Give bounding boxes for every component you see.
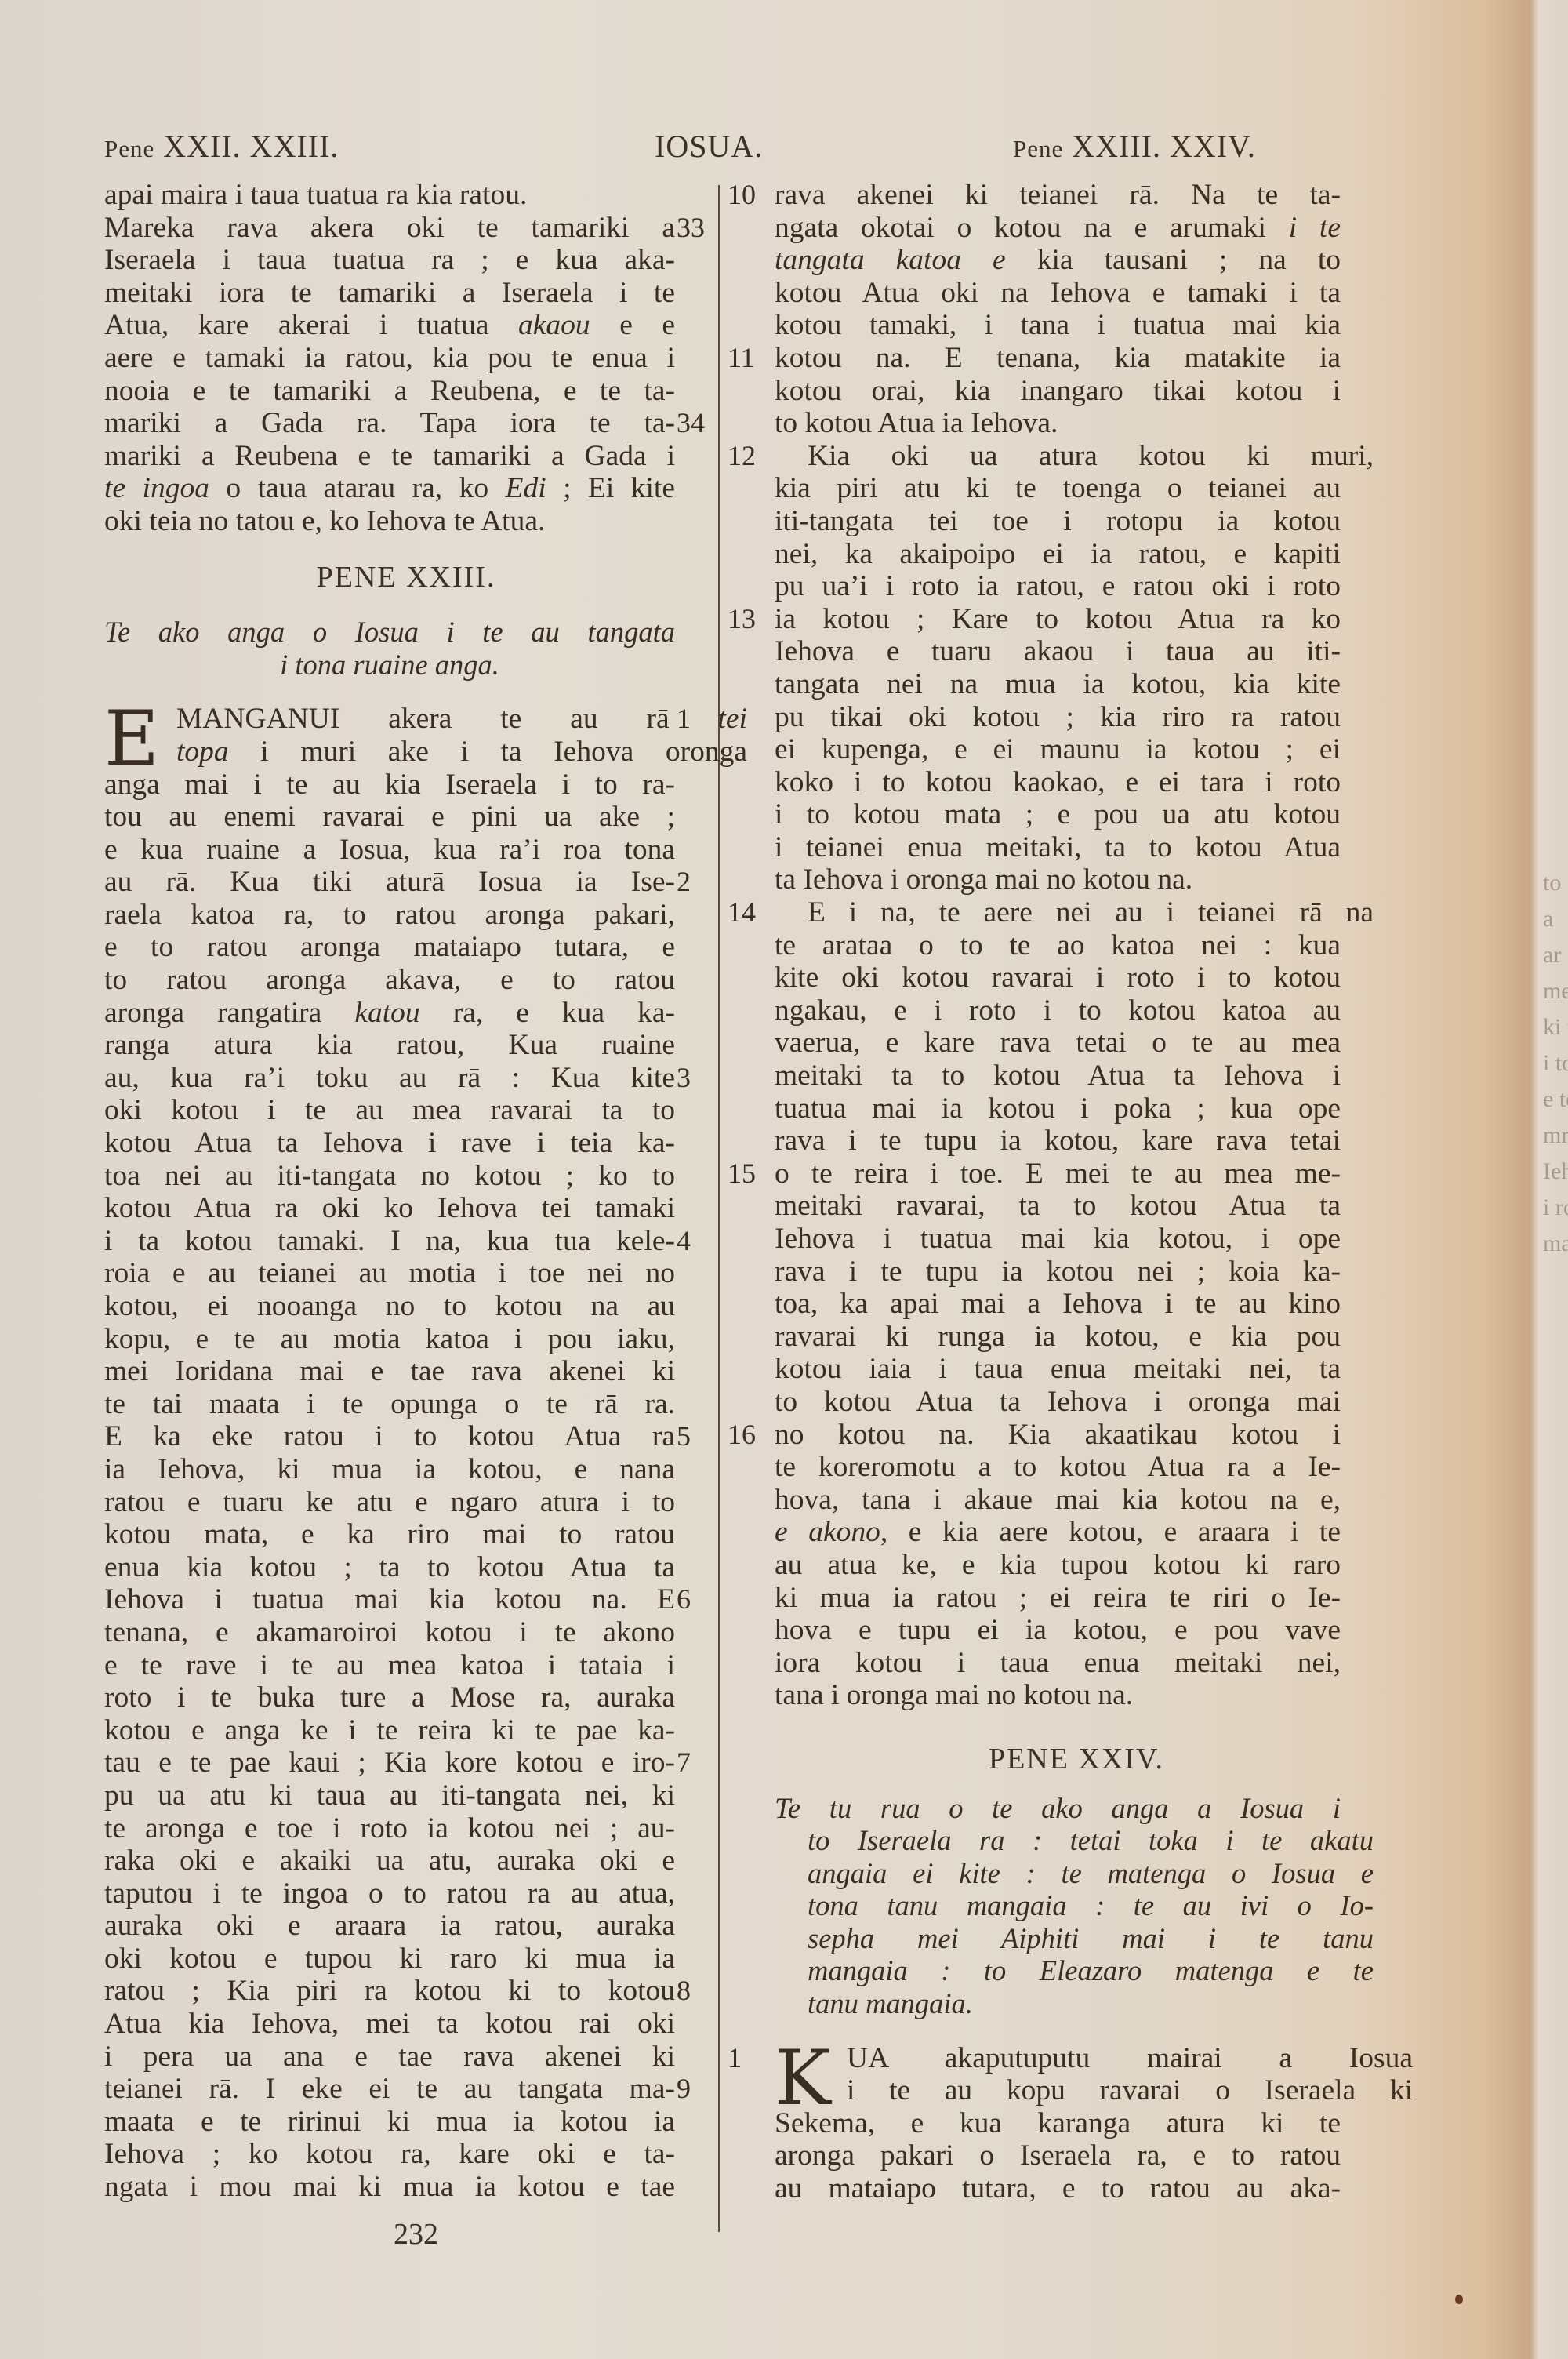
text-line: no kotou na. Kia akaatikau kotou i16 xyxy=(775,1419,1341,1452)
text-line: i teianei enua meitaki, ta to kotou Atua xyxy=(775,831,1341,864)
text-line: raka oki e akaiki ua atu, auraka oki e xyxy=(104,1845,675,1877)
text-line: mei Ioridana mai e tae rava akenei ki xyxy=(104,1355,675,1388)
page-number: 232 xyxy=(394,2217,438,2252)
chapter-body: KUA akaputuputu mairai a Iosua1i te au k… xyxy=(775,2042,1378,2205)
text-line: taputou i te ingoa o to ratou ra au atua… xyxy=(104,1877,675,1910)
line-text: Atua, kare akerai i tuatua xyxy=(104,309,518,341)
left-column: apai maira i taua tuatua ra kia ratou.Ma… xyxy=(104,179,708,2204)
text-line: kotou Atua oki na Iehova e tamaki i ta xyxy=(775,277,1341,310)
line-text: roto i te buka ture a Mose ra, auraka xyxy=(104,1681,675,1714)
line-text: koko i to kotou kaokao, e ei tara i roto xyxy=(775,766,1341,798)
italic-text: katou xyxy=(354,997,419,1029)
line-text: hova, tana i akaue mai kia kotou na e, xyxy=(775,1484,1341,1516)
text-line: nei, ka akaipoipo ei ia ratou, e kapiti xyxy=(775,538,1341,571)
summary-line: Te ako anga o Iosua i te au tangata xyxy=(104,616,675,649)
line-text: Iehova i tuatua mai kia kotou na. E xyxy=(104,1583,675,1616)
column-divider xyxy=(718,185,720,2232)
text-line: Iehova i tuatua mai kia kotou na. E6 xyxy=(104,1583,675,1616)
text-line: meitaki ta to kotou Atua ta Iehova i xyxy=(775,1060,1341,1092)
italic-text: tangata katoa e xyxy=(775,244,1006,276)
line-text: e kua ruaine a Iosua, kua ra’i roa tona xyxy=(104,834,675,866)
text-line: rava i te tupu ia kotou, kare rava tetai xyxy=(775,1125,1341,1158)
text-line: mariki a Gada ra. Tapa iora te ta-34 xyxy=(104,407,675,440)
text-line: pu tikai oki kotou ; kia riro ra ratou xyxy=(775,701,1341,734)
italic-text: te ingoa xyxy=(104,472,209,504)
line-text: kotou, ei nooanga no to kotou na au xyxy=(104,1290,675,1322)
line-text: nooia e te tamariki a Reubena, e te ta- xyxy=(104,375,675,407)
line-text: Atua kia Iehova, mei ta kotou rai oki xyxy=(104,2008,675,2040)
verse-number: 3 xyxy=(677,1062,724,1095)
text-line: oki teia no tatou e, ko Iehova te Atua. xyxy=(104,505,675,538)
verse-number: 11 xyxy=(728,342,767,375)
line-text: oki teia no tatou e, ko Iehova te Atua. xyxy=(104,505,545,537)
next-page-edge: toaarmeki ti toe temraIehovi rotomaira xyxy=(1529,0,1568,2359)
text-line: topa i muri ake i ta Iehova oronga xyxy=(104,736,747,769)
text-line: Sekema, e kua karanga atura ki te xyxy=(775,2107,1341,2140)
text-line: tuatua mai ia kotou i poka ; kua ope xyxy=(775,1092,1341,1125)
text-line: Iehova ; ko kotou ra, kare oki e ta- xyxy=(104,2138,675,2171)
line-text: o te reira i toe. E mei te au mea me- xyxy=(775,1158,1341,1190)
chapter-summary: Te tu rua o te ako anga a Iosua ito Iser… xyxy=(775,1792,1378,2020)
line-text: au, kua ra’i toku au rā : Kua kite xyxy=(104,1062,675,1094)
text-line: au, kua ra’i toku au rā : Kua kite3 xyxy=(104,1062,675,1095)
text-line: e akono, e kia aere kotou, e araara i te xyxy=(775,1516,1341,1549)
text-line: tenana, e akamaroiroi kotou i te akono xyxy=(104,1616,675,1649)
line-text: au mataiapo tutara, e to ratou au aka- xyxy=(775,2172,1341,2205)
verse-number: 13 xyxy=(728,603,767,636)
verse-number: 4 xyxy=(677,1225,724,1258)
line-text: anga mai i te au kia Iseraela i to ra- xyxy=(104,769,675,801)
line-text: auraka oki e araara ia ratou, auraka xyxy=(104,1910,675,1942)
text-line: maata e te ririnui ki mua ia kotou ia xyxy=(104,2106,675,2139)
text-line: kia piri atu ki te toenga o teianei au xyxy=(775,472,1341,505)
text-line: to ratou aronga akava, e to ratou xyxy=(104,964,675,997)
summary-line: mangaia : to Eleazaro matenga e te xyxy=(775,1954,1374,1987)
line-text: e e xyxy=(590,309,675,341)
text-line: te koreromotu a to kotou Atua ra a Ie- xyxy=(775,1451,1341,1484)
line-text: hova e tupu ei ia kotou, e pou vave xyxy=(775,1614,1341,1646)
summary-line: angaia ei kite : te matenga o Iosua e xyxy=(775,1857,1374,1890)
text-line: roia e au teianei au motia i toe nei no xyxy=(104,1257,675,1290)
text-line: kotou tamaki, i tana i tuatua mai kia xyxy=(775,309,1341,342)
text-line: te tai maata i te opunga o te rā ra. xyxy=(104,1388,675,1421)
text-line: au atua ke, e kia tupou kotou ki raro xyxy=(775,1549,1341,1582)
text-line: kotou Atua ta Iehova i rave i teia ka- xyxy=(104,1127,675,1160)
verse-number: 15 xyxy=(728,1158,767,1190)
text-line: i to kotou mata ; e pou ua atu kotou xyxy=(775,798,1341,831)
verse-number: 6 xyxy=(677,1583,724,1616)
next-page-text-fragment: e te xyxy=(1543,1083,1566,1116)
book-page: Pene XXII. XXIII. IOSUA. Pene XXIII. XXI… xyxy=(0,0,1529,2359)
next-page-text-fragment: i roto xyxy=(1543,1191,1566,1224)
text-line: e te rave i te au mea katoa i tataia i xyxy=(104,1649,675,1682)
text-line: kotou, ei nooanga no to kotou na au xyxy=(104,1290,675,1323)
text-line: tana i oronga mai no kotou na. xyxy=(775,1679,1341,1712)
text-line: koko i to kotou kaokao, e ei tara i roto xyxy=(775,766,1341,799)
line-text: tuatua mai ia kotou i poka ; kua ope xyxy=(775,1092,1341,1125)
line-text: kotou orai, kia inangaro tikai kotou i xyxy=(775,375,1341,407)
text-line: kopu, e te au motia katoa i pou iaku, xyxy=(104,1323,675,1356)
italic-text: topa xyxy=(176,736,229,768)
chapter-summary: Te ako anga o Iosua i te au tangatai ton… xyxy=(104,616,708,681)
text-line: aere e tamaki ia ratou, kia pou te enua … xyxy=(104,342,675,375)
verse-number: 7 xyxy=(677,1747,724,1779)
text-line: kotou mata, e ka riro mai to ratou xyxy=(104,1518,675,1551)
line-text: meitaki ravarai, ta to kotou Atua ta xyxy=(775,1190,1341,1222)
line-text: aronga rangatira xyxy=(104,997,354,1029)
line-text: apai maira i taua tuatua ra kia ratou. xyxy=(104,179,527,211)
line-text: tangata nei na mua ia kotou, kia kite xyxy=(775,668,1341,700)
line-text: kite oki kotou ravarai i roto i to kotou xyxy=(775,961,1341,994)
text-line: kotou orai, kia inangaro tikai kotou i xyxy=(775,375,1341,408)
line-text: roia e au teianei au motia i toe nei no xyxy=(104,1257,675,1289)
line-text: tau e te pae kaui ; Kia kore kotou e iro… xyxy=(104,1747,675,1779)
line-text: e to ratou aronga mataiapo tutara, e xyxy=(104,931,675,963)
text-line: oki kotou i te au mea ravarai ta to xyxy=(104,1094,675,1127)
text-line: raela katoa ra, to ratou aronga pakari, xyxy=(104,899,675,932)
line-text: ratou ; Kia piri ra kotou ki to kotou xyxy=(104,1975,675,2007)
text-line: roto i te buka ture a Mose ra, auraka xyxy=(104,1681,675,1714)
summary-line: Te tu rua o te ako anga a Iosua i xyxy=(775,1792,1341,1825)
text-line: hova, tana i akaue mai kia kotou na e, xyxy=(775,1484,1341,1517)
text-line: ei kupenga, e ei maunu ia kotou ; ei xyxy=(775,733,1341,766)
line-text: kotou Atua ra oki ko Iehova tei tamaki xyxy=(104,1192,675,1224)
text-line: Mareka rava akera oki te tamariki a33 xyxy=(104,212,675,245)
text-line: e to ratou aronga mataiapo tutara, e xyxy=(104,931,675,964)
line-text: kotou na. E tenana, kia matakite ia xyxy=(775,342,1341,374)
line-text: Mareka rava akera oki te tamariki a xyxy=(104,212,675,244)
next-page-text-fragment: ar xyxy=(1543,939,1566,972)
text-line: aronga pakari o Iseraela ra, e to ratou xyxy=(775,2139,1341,2172)
line-text: rava akenei ki teianei rā. Na te ta- xyxy=(775,179,1341,211)
line-text: tou au enemi ravarai e pini ua ake ; xyxy=(104,801,675,833)
line-text: raka oki e akaiki ua atu, auraka oki e xyxy=(104,1845,675,1877)
text-line: UA akaputuputu mairai a Iosua1 xyxy=(775,2042,1413,2075)
line-text: oki kotou i te au mea ravarai ta to xyxy=(104,1094,675,1126)
verse-number: 8 xyxy=(677,1975,724,2008)
text-line: nooia e te tamariki a Reubena, e te ta- xyxy=(104,375,675,408)
text-line: ravarai ki runga ia kotou, e kia pou xyxy=(775,1321,1341,1354)
line-text: ; Ei kite xyxy=(546,472,675,504)
text-line: anga mai i te au kia Iseraela i to ra- xyxy=(104,769,675,801)
text-line: auraka oki e araara ia ratou, auraka xyxy=(104,1910,675,1943)
line-text: i te au kopu ravarai o Iseraela ki xyxy=(847,2074,1413,2106)
next-page-text-fragment: to xyxy=(1543,867,1566,900)
next-page-text-fragment: i to xyxy=(1543,1047,1566,1080)
spacer xyxy=(775,2020,1378,2042)
line-text: vaerua, e kare rava tetai o te au mea xyxy=(775,1027,1341,1059)
line-text: kotou tamaki, i tana i tuatua mai kia xyxy=(775,309,1341,341)
line-text: toa, ka apai mai a Iehova i te au kino xyxy=(775,1288,1341,1320)
text-line: kotou na. E tenana, kia matakite ia11 xyxy=(775,342,1341,375)
text-line: teianei rā. I eke ei te au tangata ma-9 xyxy=(104,2073,675,2106)
line-text: i muri ake i ta Iehova oronga xyxy=(229,736,747,768)
line-text: mariki a Reubena e te tamariki a Gada i xyxy=(104,440,675,472)
line-text: au atua ke, e kia tupou kotou ki raro xyxy=(775,1549,1341,1581)
text-line: apai maira i taua tuatua ra kia ratou. xyxy=(104,179,675,212)
text-line: hova e tupu ei ia kotou, e pou vave xyxy=(775,1614,1341,1647)
line-text: ngata okotai o kotou na e arumaki xyxy=(775,212,1289,244)
text-line: enua kia kotou ; ta to kotou Atua ta xyxy=(104,1551,675,1584)
line-text: kotou Atua ta Iehova i rave i teia ka- xyxy=(104,1127,675,1159)
summary-line: i tona ruaine anga. xyxy=(104,649,675,682)
text-line: meitaki ravarai, ta to kotou Atua ta xyxy=(775,1190,1341,1223)
line-text: ei kupenga, e ei maunu ia kotou ; ei xyxy=(775,733,1341,765)
line-text: ia Iehova, ki mua ia kotou, e nana xyxy=(104,1453,675,1485)
text-line: o te reira i toe. E mei te au mea me-15 xyxy=(775,1158,1341,1190)
next-page-text-fragment: Iehov xyxy=(1543,1155,1566,1188)
line-text: Iehova e tuaru akaou i taua au iti- xyxy=(775,635,1341,667)
line-text: kia piri atu ki te toenga o teianei au xyxy=(775,472,1341,504)
line-text: kia tausani ; na to xyxy=(1006,244,1341,276)
text-line: ngata i mou mai ki mua ia kotou e tae xyxy=(104,2171,675,2204)
text-line: meitaki iora te tamariki a Iseraela i te xyxy=(104,277,675,310)
line-text: ta Iehova i oronga mai no kotou na. xyxy=(775,863,1192,896)
text-line: ratou e tuaru ke atu e ngaro atura i to xyxy=(104,1486,675,1519)
summary-line: tanu mangaia. xyxy=(775,1987,1374,2020)
summary-line: sepha mei Aiphiti mai i te tanu xyxy=(775,1922,1374,1955)
line-text: ravarai ki runga ia kotou, e kia pou xyxy=(775,1321,1341,1353)
line-text: aronga pakari o Iseraela ra, e to ratou xyxy=(775,2139,1341,2172)
text-line: E ka eke ratou i to kotou Atua ra5 xyxy=(104,1420,675,1453)
line-text: ngata i mou mai ki mua ia kotou e tae xyxy=(104,2171,675,2203)
text-line: toa nei au iti-tangata no kotou ; ko to xyxy=(104,1160,675,1193)
text-line: ta Iehova i oronga mai no kotou na. xyxy=(775,863,1341,896)
text-line: kotou e anga ke i te reira ki te pae ka- xyxy=(104,1714,675,1747)
text-line: tou au enemi ravarai e pini ua ake ; xyxy=(104,801,675,834)
text-line: kite oki kotou ravarai i roto i to kotou xyxy=(775,961,1341,994)
line-text: pu ua atu ki taua au iti-tangata nei, ki xyxy=(104,1779,675,1812)
text-line: i te au kopu ravarai o Iseraela ki xyxy=(775,2074,1413,2107)
text-line: to kotou Atua ta Iehova i oronga mai xyxy=(775,1386,1341,1419)
text-line: aronga rangatira katou ra, e kua ka- xyxy=(104,997,675,1030)
line-text: UA akaputuputu mairai a Iosua xyxy=(847,2042,1413,2074)
text-line: Atua, kare akerai i tuatua akaou e e xyxy=(104,309,675,342)
line-text: to kotou Atua ta Iehova i oronga mai xyxy=(775,1386,1341,1418)
line-text: meitaki ta to kotou Atua ta Iehova i xyxy=(775,1060,1341,1092)
line-text: pu ua’i i roto ia ratou, e ratou oki i r… xyxy=(775,570,1341,602)
text-line: oki kotou e tupou ki raro ki mua ia xyxy=(104,1943,675,1976)
text-line: te arataa o to te ao katoa nei : kua xyxy=(775,929,1341,962)
text-line: toa, ka apai mai a Iehova i te au kino xyxy=(775,1288,1341,1321)
text-line: ratou ; Kia piri ra kotou ki to kotou8 xyxy=(104,1975,675,2008)
line-text: aere e tamaki ia ratou, kia pou te enua … xyxy=(104,342,675,374)
running-head-right: Pene XXIII. XXIV. xyxy=(1013,128,1256,165)
line-text: o taua atarau ra, ko xyxy=(209,472,506,504)
text-line: Iehova e tuaru akaou i taua au iti- xyxy=(775,635,1341,668)
line-text: nei, ka akaipoipo ei ia ratou, e kapiti xyxy=(775,538,1341,570)
verse-number: 33 xyxy=(677,212,724,245)
text-line: e kua ruaine a Iosua, kua ra’i roa tona xyxy=(104,834,675,867)
text-line: E i na, te aere nei au i teianei rā na14 xyxy=(775,896,1374,929)
line-text: kotou mata, e ka riro mai to ratou xyxy=(104,1518,675,1550)
text-line: rava i te tupu ia kotou nei ; koia ka- xyxy=(775,1256,1341,1289)
verse-number: 34 xyxy=(677,407,724,440)
text-line: rava akenei ki teianei rā. Na te ta-10 xyxy=(775,179,1341,212)
line-text: ki mua ia ratou ; ei reira te riri o Ie- xyxy=(775,1582,1341,1614)
line-text: pu tikai oki kotou ; kia riro ra ratou xyxy=(775,701,1341,733)
line-text: ratou e tuaru ke atu e ngaro atura i to xyxy=(104,1486,675,1518)
line-text: iti-tangata tei toe i rotopu ia kotou xyxy=(775,505,1341,537)
line-text: ia kotou ; Kare to kotou Atua ra ko xyxy=(775,603,1341,635)
text-line: tau e te pae kaui ; Kia kore kotou e iro… xyxy=(104,1747,675,1779)
text-line: ia Iehova, ki mua ia kotou, e nana xyxy=(104,1453,675,1486)
line-text: meitaki iora te tamariki a Iseraela i te xyxy=(104,277,675,309)
line-text: toa nei au iti-tangata no kotou ; ko to xyxy=(104,1160,675,1192)
line-text: te tai maata i te opunga o te rā ra. xyxy=(104,1388,675,1420)
verse-number: 2 xyxy=(677,866,724,899)
line-text: , e kia aere kotou, e araara i te xyxy=(880,1516,1341,1548)
line-text: E ka eke ratou i to kotou Atua ra xyxy=(104,1420,675,1452)
text-line: mariki a Reubena e te tamariki a Gada i xyxy=(104,440,675,473)
line-text: mariki a Gada ra. Tapa iora te ta- xyxy=(104,407,675,439)
line-text: Iehova i tuatua mai kia kotou, i ope xyxy=(775,1223,1341,1255)
line-text: i to kotou mata ; e pou ua atu kotou xyxy=(775,798,1341,831)
line-text: i teianei enua meitaki, ta to kotou Atua xyxy=(775,831,1341,863)
text-line: au mataiapo tutara, e to ratou au aka- xyxy=(775,2172,1341,2205)
verse-number: 9 xyxy=(677,2073,724,2106)
text-line: Atua kia Iehova, mei ta kotou rai oki xyxy=(104,2008,675,2041)
line-text: oki kotou e tupou ki raro ki mua ia xyxy=(104,1943,675,1975)
line-text: te koreromotu a to kotou Atua ra a Ie- xyxy=(775,1451,1341,1483)
line-text: te aronga e toe i roto ia kotou nei ; au… xyxy=(104,1812,675,1845)
text-line: i pera ua ana e tae rava akenei ki xyxy=(104,2041,675,2074)
next-page-text-fragment: ki t xyxy=(1543,1011,1566,1044)
text-line: iora kotou i taua enua meitaki nei, xyxy=(775,1647,1341,1680)
line-text: teianei rā. I eke ei te au tangata ma- xyxy=(104,2073,675,2105)
text-line: te ingoa o taua atarau ra, ko Edi ; Ei k… xyxy=(104,472,675,505)
text-line: tangata nei na mua ia kotou, kia kite xyxy=(775,668,1341,701)
line-text: iora kotou i taua enua meitaki nei, xyxy=(775,1647,1341,1679)
italic-text: i te xyxy=(1289,212,1341,244)
line-text: kopu, e te au motia katoa i pou iaku, xyxy=(104,1323,675,1355)
verse-number: 14 xyxy=(728,896,767,929)
next-page-text-fragment: mra xyxy=(1543,1119,1566,1152)
italic-text: akaou xyxy=(518,309,590,341)
line-text: raela katoa ra, to ratou aronga pakari, xyxy=(104,899,675,931)
line-text: tana i oronga mai no kotou na. xyxy=(775,1679,1133,1711)
line-text: kotou Atua oki na Iehova e tamaki i ta xyxy=(775,277,1341,309)
line-text: Kia oki ua atura kotou ki muri, xyxy=(808,440,1374,472)
verse-number: 1 xyxy=(677,703,724,736)
text-line: kotou Atua ra oki ko Iehova tei tamaki xyxy=(104,1192,675,1225)
line-text: MANGANUI akera te au rā xyxy=(176,703,718,735)
text-line: kotou iaia i taua enua meitaki nei, ta xyxy=(775,1353,1341,1386)
running-head-left: Pene XXII. XXIII. xyxy=(104,128,339,165)
line-text: rava i te tupu ia kotou, kare rava tetai xyxy=(775,1125,1341,1157)
line-text: no kotou na. Kia akaatikau kotou i xyxy=(775,1419,1341,1451)
line-text: au rā. Kua tiki aturā Iosua ia Ise- xyxy=(104,866,675,898)
line-text: taputou i te ingoa o to ratou ra au atua… xyxy=(104,1877,675,1910)
text-line: ia kotou ; Kare to kotou Atua ra ko13 xyxy=(775,603,1341,636)
italic-text: e akono xyxy=(775,1516,880,1548)
italic-text: Edi xyxy=(506,472,546,504)
text-line: pu ua atu ki taua au iti-tangata nei, ki xyxy=(104,1779,675,1812)
chapter-heading: PENE XXIV. xyxy=(775,1743,1378,1776)
spacer xyxy=(104,681,708,703)
line-text: kotou e anga ke i te reira ki te pae ka- xyxy=(104,1714,675,1747)
line-text: maata e te ririnui ki mua ia kotou ia xyxy=(104,2106,675,2138)
text-line: i ta kotou tamaki. I na, kua tua kele-4 xyxy=(104,1225,675,1258)
text-line: ki mua ia ratou ; ei reira te riri o Ie- xyxy=(775,1582,1341,1615)
next-page-text-fragment: me xyxy=(1543,975,1566,1008)
text-line: vaerua, e kare rava tetai o te au mea xyxy=(775,1027,1341,1060)
text-line: tangata katoa e kia tausani ; na to xyxy=(775,244,1341,277)
line-text: Iseraela i taua tuatua ra ; e kua aka- xyxy=(104,244,675,276)
text-line: ngata okotai o kotou na e arumaki i te xyxy=(775,212,1341,245)
line-text: e te rave i te au mea katoa i tataia i xyxy=(104,1649,675,1681)
line-text: ranga atura kia ratou, Kua ruaine xyxy=(104,1029,675,1061)
line-text: rava i te tupu ia kotou nei ; koia ka- xyxy=(775,1256,1341,1288)
verse-number: 12 xyxy=(728,440,767,473)
text-line: te aronga e toe i roto ia kotou nei ; au… xyxy=(104,1812,675,1845)
next-page-text-fragment: maira xyxy=(1543,1227,1566,1260)
line-text: mei Ioridana mai e tae rava akenei ki xyxy=(104,1355,675,1387)
line-text: ra, e kua ka- xyxy=(420,997,675,1029)
text-line: Kia oki ua atura kotou ki muri,12 xyxy=(775,440,1374,473)
text-line: Iseraela i taua tuatua ra ; e kua aka- xyxy=(104,244,675,277)
next-page-text-fragment: a xyxy=(1543,903,1566,936)
line-text: kotou iaia i taua enua meitaki nei, ta xyxy=(775,1353,1341,1385)
verse-number: 10 xyxy=(728,179,767,212)
chapter-body: EMANGANUI akera te au rā tei1topa i muri… xyxy=(104,703,708,2203)
verse-number: 5 xyxy=(677,1420,724,1453)
text-line: ngakau, e i roto i to kotou katoa au xyxy=(775,994,1341,1027)
line-text: E i na, te aere nei au i teianei rā na xyxy=(808,896,1374,929)
summary-line: tona tanu mangaia : te au ivi o Io- xyxy=(775,1889,1374,1922)
line-text: to ratou aronga akava, e to ratou xyxy=(104,964,675,996)
line-text: to kotou Atua ia Iehova. xyxy=(775,407,1058,439)
text-line: ranga atura kia ratou, Kua ruaine xyxy=(104,1029,675,1062)
text-line: Iehova i tuatua mai kia kotou, i ope xyxy=(775,1223,1341,1256)
line-text: te arataa o to te ao katoa nei : kua xyxy=(775,929,1341,961)
text-line: au rā. Kua tiki aturā Iosua ia Ise-2 xyxy=(104,866,675,899)
line-text: i ta kotou tamaki. I na, kua tua kele- xyxy=(104,1225,675,1257)
line-text: Iehova ; ko kotou ra, kare oki e ta- xyxy=(104,2138,675,2170)
verse-number: 16 xyxy=(728,1419,767,1452)
summary-line: to Iseraela ra : tetai toka i te akatu xyxy=(775,1824,1374,1857)
verse-number: 1 xyxy=(728,2042,767,2075)
text-line: pu ua’i i roto ia ratou, e ratou oki i r… xyxy=(775,570,1341,603)
line-text: Sekema, e kua karanga atura ki te xyxy=(775,2107,1341,2139)
line-text: enua kia kotou ; ta to kotou Atua ta xyxy=(104,1551,675,1583)
line-text: tenana, e akamaroiroi kotou i te akono xyxy=(104,1616,675,1648)
text-line: to kotou Atua ia Iehova. xyxy=(775,407,1341,440)
line-text: i pera ua ana e tae rava akenei ki xyxy=(104,2041,675,2073)
text-line: iti-tangata tei toe i rotopu ia kotou xyxy=(775,505,1341,538)
right-column: rava akenei ki teianei rā. Na te ta-10ng… xyxy=(775,179,1378,2205)
foxing-spot xyxy=(1455,2295,1463,2304)
line-text: ngakau, e i roto i to kotou katoa au xyxy=(775,994,1341,1027)
running-head-book-title: IOSUA. xyxy=(655,128,763,165)
chapter-heading: PENE XXIII. xyxy=(104,562,708,594)
text-line: MANGANUI akera te au rā tei1 xyxy=(104,703,747,736)
